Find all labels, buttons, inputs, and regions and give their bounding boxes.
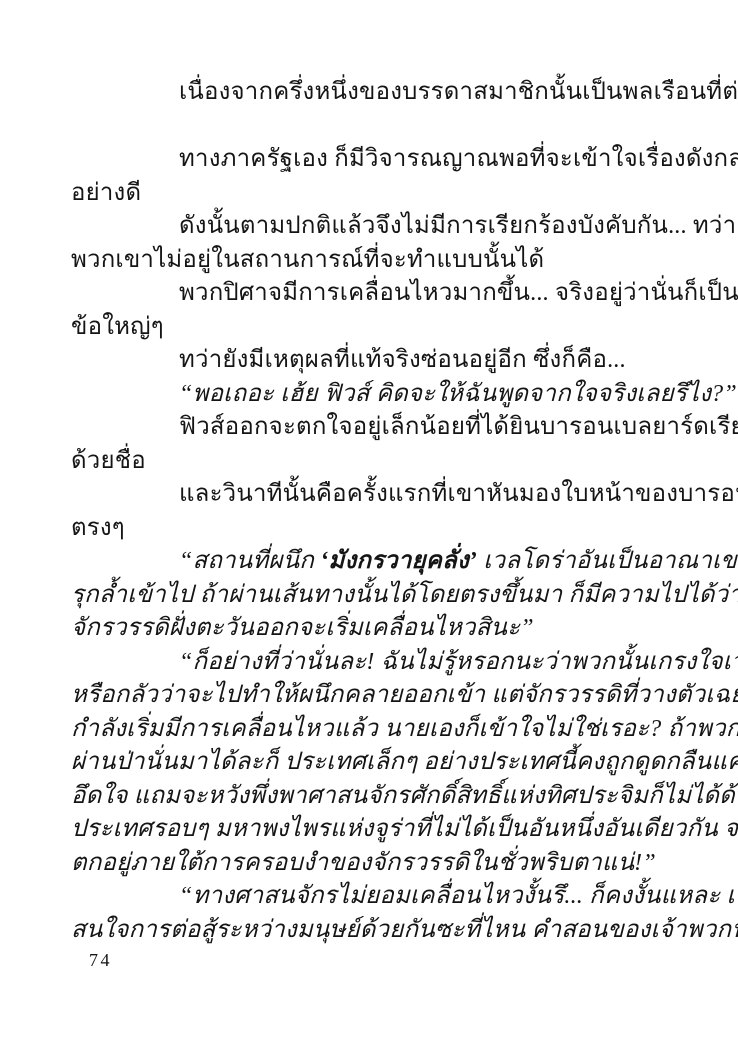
text-segment: เนื่องจากครึ่งหนึ่งของบรรดาสมาชิกนั้นเป็…: [179, 79, 738, 105]
text-line: “ทางศาสนจักรไม่ยอมเคลื่อนไหวงั้นรึ... ก็…: [71, 880, 671, 914]
bold-text-segment: ‘มังกรวายุคลั่ง’: [320, 548, 477, 574]
blank-line: [71, 110, 671, 144]
text-line: และวินาทีนั้นคือครั้งแรกที่เขาหันมองใบหน…: [71, 478, 671, 512]
text-line: “สถานที่ผนึก ‘มังกรวายุคลั่ง’ เวลโดร่าอั…: [71, 545, 671, 579]
text-segment: เวลโดร่าอันเป็นอาณาเขตที่ห้าม: [477, 548, 738, 574]
text-segment: พวกปิศาจมีการเคลื่อนไหวมากขึ้น... จริงอย…: [179, 280, 738, 306]
text-segment: “ทางศาสนจักรไม่ยอมเคลื่อนไหวงั้นรึ... ก็…: [179, 883, 738, 909]
text-segment: อึดใจ แถมจะหวังพึ่งพาศาสนจักรศักดิ์สิทธิ…: [71, 783, 738, 809]
text-line: อึดใจ แถมจะหวังพึ่งพาศาสนจักรศักดิ์สิทธิ…: [71, 780, 671, 814]
text-line: ฟิวส์ออกจะตกใจอยู่เล็กน้อยที่ได้ยินบารอน…: [71, 411, 671, 445]
text-line: จักรวรรดิฝั่งตะวันออกจะเริ่มเคลื่อนไหวสิ…: [71, 612, 671, 646]
book-page: เนื่องจากครึ่งหนึ่งของบรรดาสมาชิกนั้นเป็…: [0, 0, 738, 1051]
text-segment: ผ่านป่านั่นมาได้ละก็ ประเทศเล็กๆ อย่างปร…: [71, 749, 738, 775]
text-segment: ทว่ายังมีเหตุผลที่แท้จริงซ่อนอยู่อีก ซึ่…: [179, 347, 626, 373]
text-segment: พวกเขาไม่อยู่ในสถานการณ์ที่จะทำแบบนั้นได…: [71, 247, 544, 273]
text-segment: ทางภาครัฐเอง ก็มีวิจารณญาณพอที่จะเข้าใจเ…: [179, 146, 738, 172]
text-segment: ประเทศรอบๆ มหาพงไพรแห่งจูร่าที่ไม่ได้เป็…: [71, 816, 738, 842]
text-segment: รุกล้ำเข้าไป ถ้าผ่านเส้นทางนั้นได้โดยตรง…: [71, 582, 738, 608]
text-segment: หรือกลัวว่าจะไปทำให้ผนึกคลายออกเข้า แต่จ…: [71, 682, 738, 708]
text-segment: “สถานที่ผนึก: [179, 548, 320, 574]
text-segment: ฟิวส์ออกจะตกใจอยู่เล็กน้อยที่ได้ยินบารอน…: [179, 414, 738, 440]
text-line: ดังนั้นตามปกติแล้วจึงไม่มีการเรียกร้องบั…: [71, 210, 671, 244]
text-segment: กำลังเริ่มมีการเคลื่อนไหวแล้ว นายเองก็เข…: [71, 716, 738, 742]
text-line: “ก็อย่างที่ว่านั่นละ! ฉันไม่รู้หรอกนะว่า…: [71, 646, 671, 680]
text-line: รุกล้ำเข้าไป ถ้าผ่านเส้นทางนั้นได้โดยตรง…: [71, 579, 671, 613]
text-segment: ตรงๆ: [71, 515, 125, 541]
text-line: ข้อใหญ่ๆ: [71, 311, 671, 345]
text-segment: ดังนั้นตามปกติแล้วจึงไม่มีการเรียกร้องบั…: [179, 213, 738, 239]
text-line: พวกปิศาจมีการเคลื่อนไหวมากขึ้น... จริงอย…: [71, 277, 671, 311]
text-line: เนื่องจากครึ่งหนึ่งของบรรดาสมาชิกนั้นเป็…: [71, 76, 671, 110]
text-line: พวกเขาไม่อยู่ในสถานการณ์ที่จะทำแบบนั้นได…: [71, 244, 671, 278]
text-line: ตกอยู่ภายใต้การครอบงำของจักรวรรดิในชั่วพ…: [71, 847, 671, 881]
text-segment: ข้อใหญ่ๆ: [71, 314, 164, 340]
text-line: กำลังเริ่มมีการเคลื่อนไหวแล้ว นายเองก็เข…: [71, 713, 671, 747]
text-line: อย่างดี: [71, 177, 671, 211]
text-line: ทว่ายังมีเหตุผลที่แท้จริงซ่อนอยู่อีก ซึ่…: [71, 344, 671, 378]
text-segment: ตกอยู่ภายใต้การครอบงำของจักรวรรดิในชั่วพ…: [71, 850, 656, 876]
page-number: 74: [89, 950, 112, 971]
text-segment: จักรวรรดิฝั่งตะวันออกจะเริ่มเคลื่อนไหวสิ…: [71, 615, 534, 641]
text-segment: สนใจการต่อสู้ระหว่างมนุษย์ด้วยกันซะที่ไห…: [71, 917, 738, 943]
text-segment: “พอเถอะ เฮ้ย ฟิวส์ คิดจะให้ฉันพูดจากใจจร…: [179, 381, 737, 407]
text-line: ผ่านป่านั่นมาได้ละก็ ประเทศเล็กๆ อย่างปร…: [71, 746, 671, 780]
text-line: ตรงๆ: [71, 512, 671, 546]
page-text: เนื่องจากครึ่งหนึ่งของบรรดาสมาชิกนั้นเป็…: [71, 76, 671, 947]
text-line: ด้วยชื่อ: [71, 445, 671, 479]
text-line: “พอเถอะ เฮ้ย ฟิวส์ คิดจะให้ฉันพูดจากใจจร…: [71, 378, 671, 412]
text-segment: อย่างดี: [71, 180, 141, 206]
text-line: หรือกลัวว่าจะไปทำให้ผนึกคลายออกเข้า แต่จ…: [71, 679, 671, 713]
text-line: ทางภาครัฐเอง ก็มีวิจารณญาณพอที่จะเข้าใจเ…: [71, 143, 671, 177]
text-segment: “ก็อย่างที่ว่านั่นละ! ฉันไม่รู้หรอกนะว่า…: [179, 649, 738, 675]
text-segment: และวินาทีนั้นคือครั้งแรกที่เขาหันมองใบหน…: [179, 481, 738, 507]
text-line: ประเทศรอบๆ มหาพงไพรแห่งจูร่าที่ไม่ได้เป็…: [71, 813, 671, 847]
text-segment: ด้วยชื่อ: [71, 448, 146, 474]
text-line: สนใจการต่อสู้ระหว่างมนุษย์ด้วยกันซะที่ไห…: [71, 914, 671, 948]
